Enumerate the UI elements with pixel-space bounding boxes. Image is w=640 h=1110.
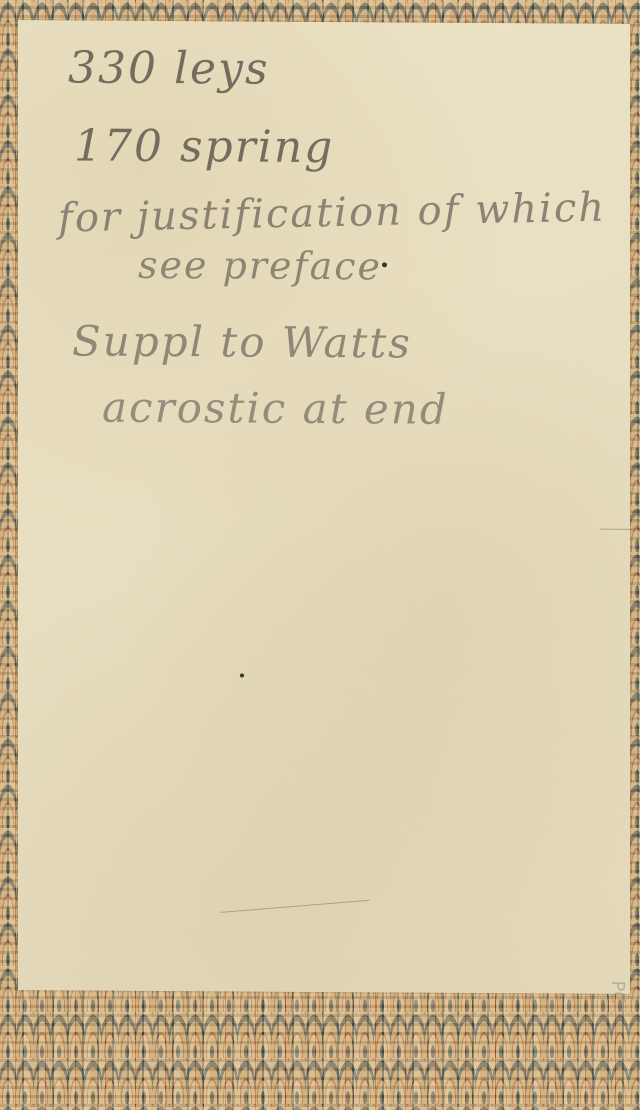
- manuscript-slip: 330 leys 170 spring for justification of…: [18, 20, 630, 994]
- note-line-3: for justification of which: [57, 185, 606, 242]
- note-line-6: acrostic at end: [102, 383, 449, 434]
- note-line-5: Suppl to Watts: [72, 316, 412, 367]
- note-line-2: 170 spring: [74, 120, 334, 173]
- ink-speck: [240, 673, 244, 677]
- pencil-stray-mark: [220, 900, 370, 913]
- note-line-4: see preface: [138, 243, 382, 288]
- corner-mark: PC: [607, 981, 628, 1005]
- pencil-stray-mark: [600, 529, 630, 530]
- note-line-1: 330 leys: [68, 42, 270, 94]
- ink-speck: [382, 262, 387, 267]
